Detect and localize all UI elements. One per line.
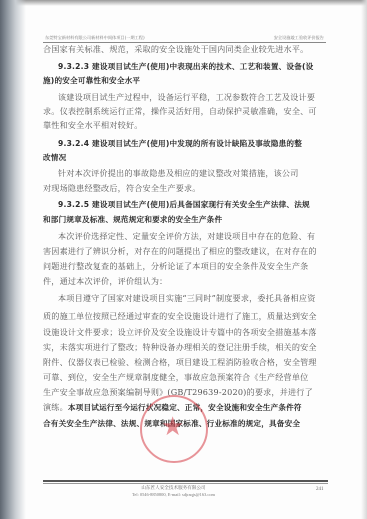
document-page: 东莞特宝新材料有限公司新材料中间体项目(一期工程) 安全设施竣工验收评价报告 合… xyxy=(0,0,367,519)
body-line: 问题进行整改复查的基础上，分析论证了本项目的安全条件及安全生产条 xyxy=(43,261,328,272)
footer-rule xyxy=(43,480,328,482)
body-line: 可靠、到位，安全生产规章制度健全，事故应急预案符合《生产经营单位 xyxy=(43,372,328,383)
footer-company: 山东匠人安全技术服务有限公司 xyxy=(0,485,367,491)
header-project-title: 东莞特宝新材料有限公司新材料中间体项目(一期工程) xyxy=(45,35,145,41)
star-icon: ★ xyxy=(161,412,184,442)
body-line: 害因素进行了辨识分析，对存在的问题提出了相应的整改建议，在对存在的 xyxy=(43,246,328,257)
body-line: 实，未落实项进行了整改；特种设备办理相关的登记注册手续，相关的安全 xyxy=(43,342,328,353)
section-heading-cont: 施)的安全可靠性和安全水平 xyxy=(43,75,328,86)
body-text-plain: 演练。 xyxy=(43,402,68,412)
section-heading-9-3-2-5: 9.3.2.5 建设项目试生产(使用)后具备国家现行有关安全生产法律、法规 xyxy=(58,199,328,210)
body-line: 对现场隐患经整改后，符合安全生产要求。 xyxy=(43,183,328,194)
body-line: 质的施工单位按照已经通过审查的安全设施设计进行了施工，质量达到安全 xyxy=(43,311,328,322)
body-line: 针对本次评价提出的事故隐患及相应的建议整改对策措施，该公司 xyxy=(58,168,328,179)
body-line: 本项目遵守了国家对建设项目实施“三同时”制度要求，委托具备相应资 xyxy=(58,293,328,304)
body-line: 件，通过本次评价，评价组认为： xyxy=(43,276,328,287)
body-line: 设施设计文件要求；设立评价及安全设施设计专篇中的各项安全措施基本落 xyxy=(43,327,328,338)
body-line: 该建设项目试生产过程中，设备运行平稳，工况参数符合工艺及设计要 xyxy=(58,92,328,103)
body-line: 合国家有关标准、规范，采取的安全设施处于国内同类企业较先进水平。 xyxy=(43,44,328,55)
scan-edge-right xyxy=(361,0,367,519)
body-line: 求。仪表控制系统运行正常，操作灵活好用，自动保护灵敏准确，安全、可 xyxy=(43,106,328,117)
section-heading-cont: 改情况 xyxy=(43,152,328,163)
footer-contact: Tel: 0546-8850800, E-mail: sdjraqjs@163.… xyxy=(0,492,367,497)
body-line: 附件、仪器仪表已检验、检测合格，项目建设工程消防验收合格，安全管理 xyxy=(43,357,328,368)
scan-shadow-top xyxy=(0,0,367,6)
page-number: 241 xyxy=(316,487,324,492)
section-heading-cont: 和部门规章及标准、规范规定和要求的安全生产条件 xyxy=(43,214,328,225)
header-report-title: 安全设施竣工验收评价报告 xyxy=(274,35,324,41)
running-header: 东莞特宝新材料有限公司新材料中间体项目(一期工程) 安全设施竣工验收评价报告 xyxy=(43,33,326,43)
footer-rule-thin xyxy=(43,483,328,484)
section-heading-9-3-2-4: 9.3.2.4 建设项目试生产(使用)中发现的所有设计缺陷及事故隐患的整 xyxy=(58,138,328,149)
section-heading-9-3-2-3: 9.3.2.3 建设项目试生产(使用)中表现出来的技术、工艺和装置、设备(设 xyxy=(58,61,328,72)
body-line: 靠性和安全水平相对较好。 xyxy=(43,120,328,131)
company-seal-stamp: ★ xyxy=(140,395,208,463)
binding-shadow xyxy=(0,0,26,519)
body-line: 本次评价选择定性、定量安全评价方法，对建设项目中存在的危险、有 xyxy=(58,231,328,242)
